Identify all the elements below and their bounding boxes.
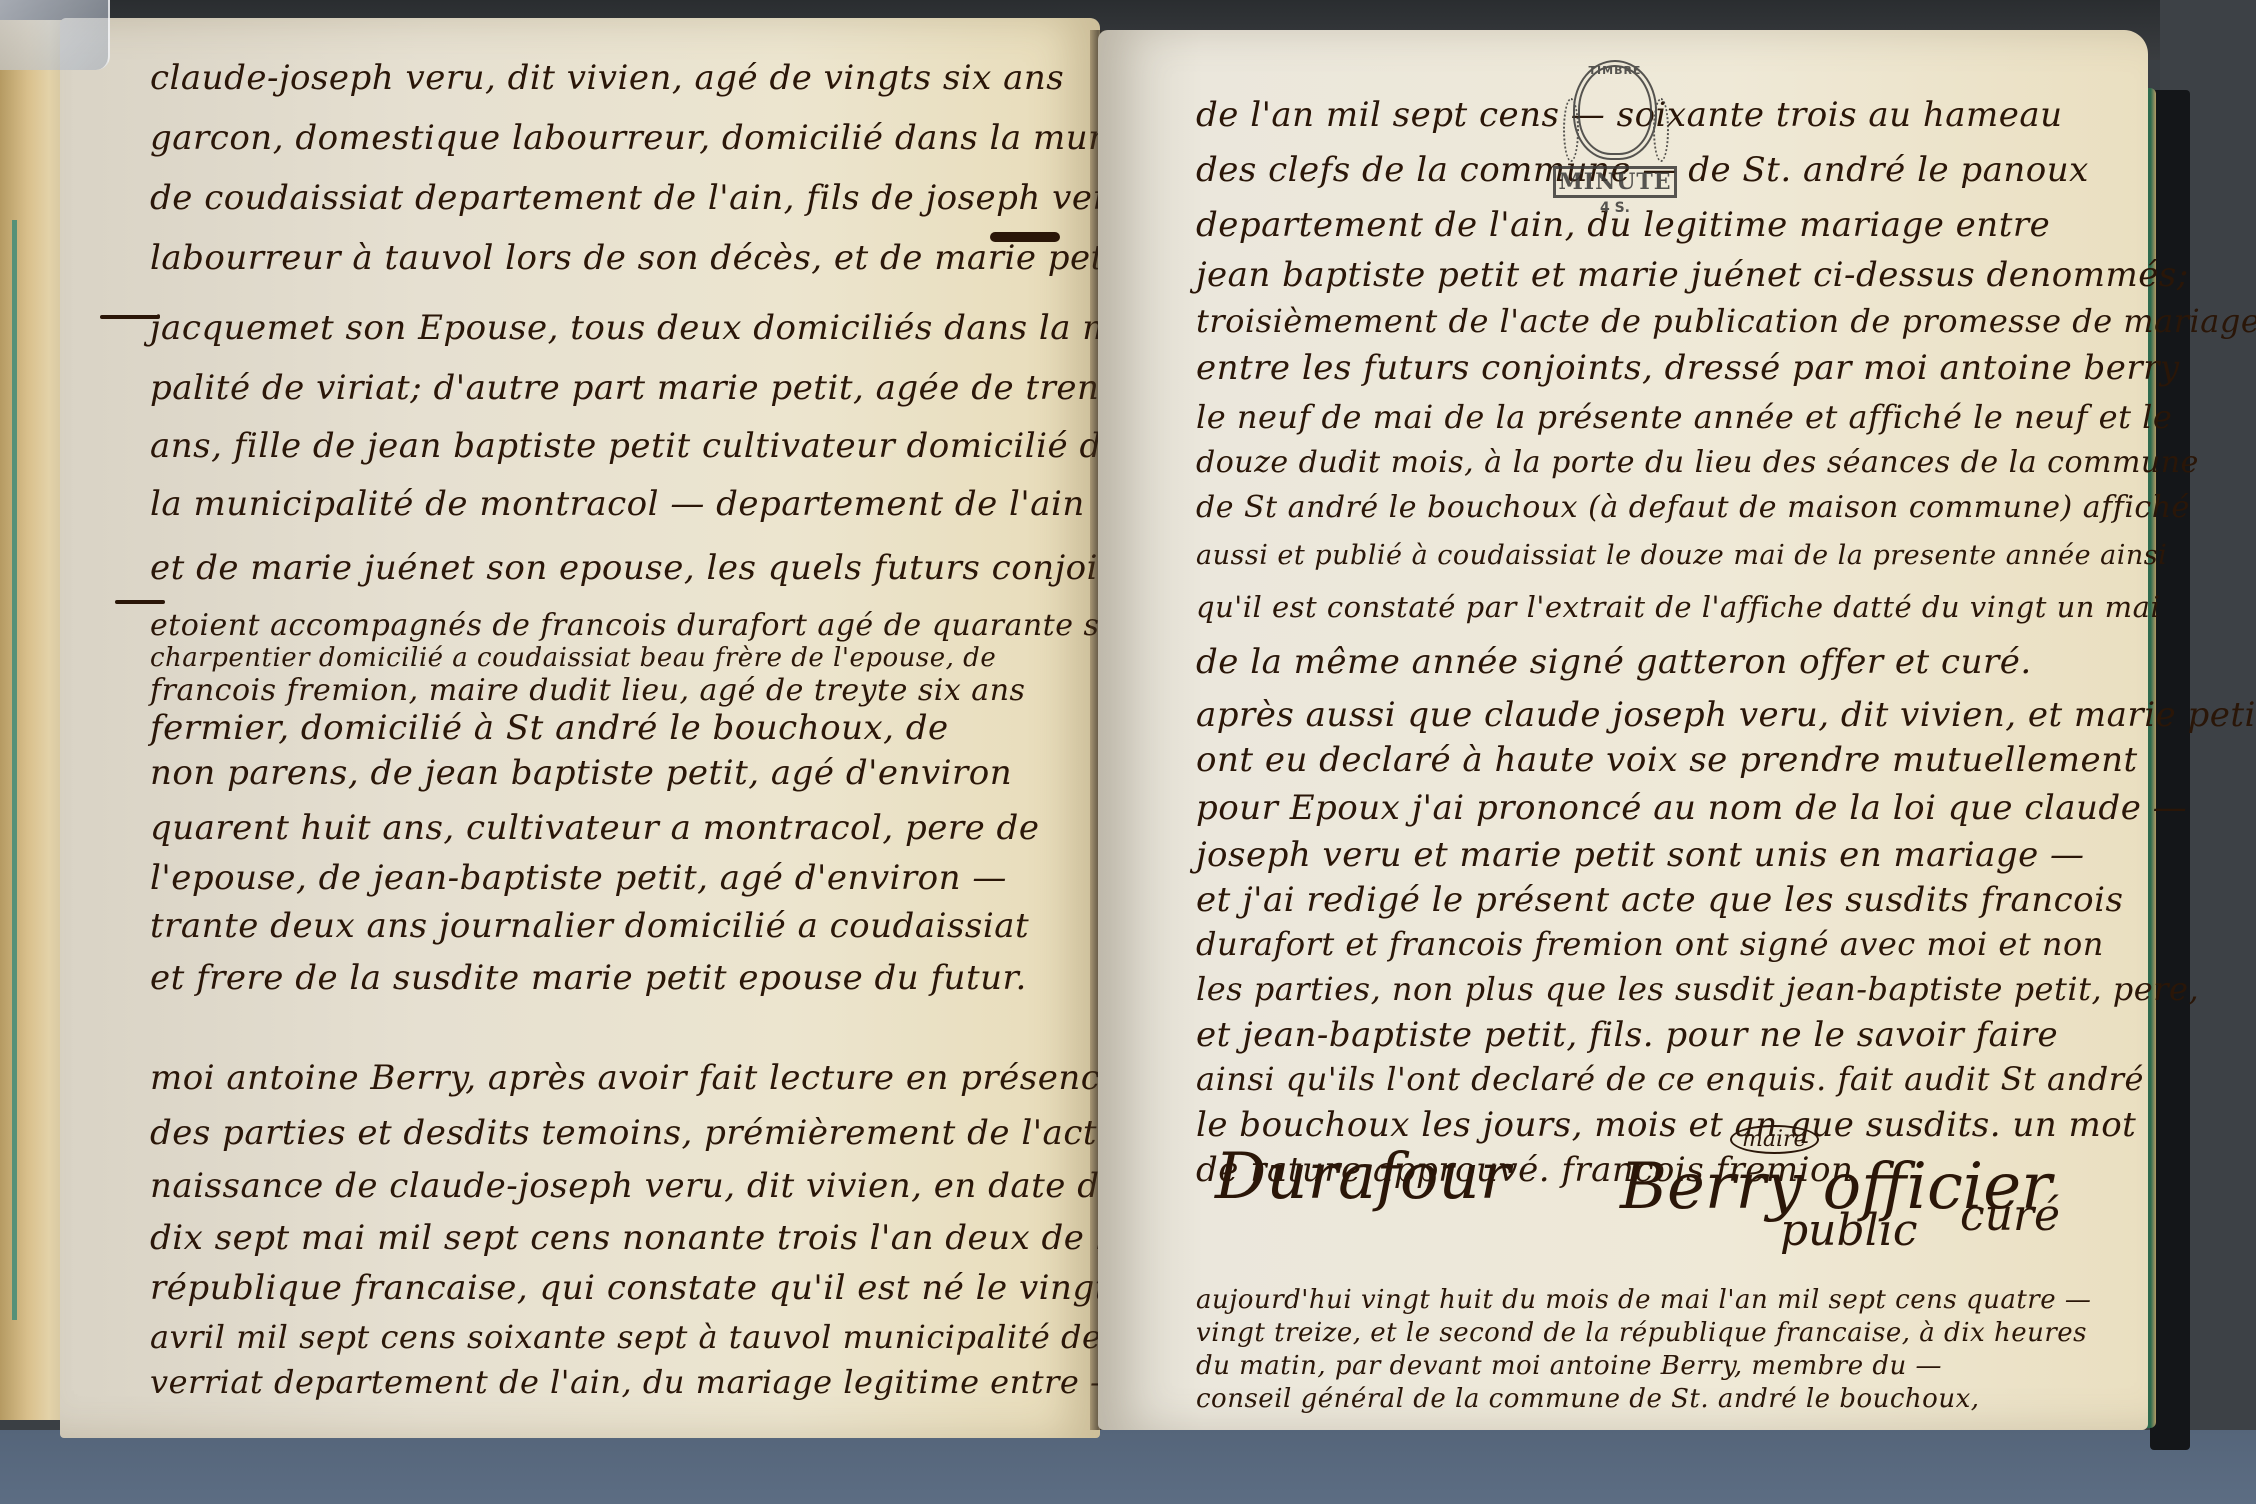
strikethrough-mark [990, 232, 1060, 242]
text-line: jean baptiste petit et marie juénet ci-d… [1196, 255, 2189, 295]
text-line: vingt treize, et le second de la républi… [1196, 1318, 2087, 1348]
margin-dash [115, 600, 165, 604]
text-line: le neuf de mai de la présente année et a… [1196, 398, 2172, 436]
left-page-lower-text: verriat departement de l'ain, du mariage… [60, 18, 1100, 1438]
text-line: conseil général de la commune de St. and… [1196, 1384, 1980, 1414]
text-line: durafort et francois fremion ont signé a… [1196, 925, 2104, 963]
stamp-minute-label: MINUTE [1553, 166, 1677, 198]
text-line: ainsi qu'ils l'ont declaré de ce enquis.… [1196, 1060, 2144, 1098]
stamp-top-text: TIMBRE [1575, 64, 1655, 77]
text-line: pour Epoux j'ai prononcé au nom de la lo… [1196, 788, 2187, 828]
text-line: entre les futurs conjoints, dressé par m… [1196, 348, 2180, 388]
text-line: douze dudit mois, à la porte du lieu des… [1196, 445, 2199, 480]
minute-tax-stamp: TIMBRE MINUTE 4 S. [1545, 58, 1685, 218]
stamp-value: 4 S. [1585, 200, 1645, 216]
text-line: de la même année signé gatteron offer et… [1196, 642, 2032, 682]
text-line: et jean-baptiste petit, fils. pour ne le… [1196, 1015, 2058, 1055]
text-line: qu'il est constaté par l'extrait de l'af… [1196, 590, 2160, 624]
margin-dash [100, 315, 160, 319]
laurel-icon [1563, 98, 1579, 162]
green-stripe [12, 220, 17, 1320]
text-line: verriat departement de l'ain, du mariage… [150, 1363, 1122, 1401]
signature-cure: curé [1960, 1190, 2060, 1241]
text-line: joseph veru et marie petit sont unis en … [1196, 835, 2085, 875]
blue-cloth-background [0, 1430, 2256, 1504]
text-line: aussi et publié à coudaissiat le douze m… [1196, 540, 2167, 571]
signature-public: public [1780, 1205, 1917, 1256]
text-line: troisièmement de l'acte de publication d… [1196, 302, 2256, 340]
plastic-clip [0, 0, 110, 70]
photo-scene: claude-joseph veru, dit vivien, agé de v… [0, 0, 2256, 1504]
text-line: les parties, non plus que les susdit jea… [1196, 970, 2199, 1008]
text-line: ont eu declaré à haute voix se prendre m… [1196, 740, 2138, 780]
laurel-icon [1653, 98, 1669, 162]
text-line: et j'ai redigé le présent acte que les s… [1196, 880, 2123, 920]
text-line: du matin, par devant moi antoine Berry, … [1196, 1351, 1942, 1381]
text-line: après aussi que claude joseph veru, dit … [1196, 695, 2256, 735]
text-line: de St andré le bouchoux (à defaut de mai… [1196, 490, 2190, 525]
signature-durafour: Durafour [1215, 1140, 1510, 1214]
text-line: aujourd'hui vingt huit du mois de mai l'… [1196, 1285, 2091, 1315]
text-line: le bouchoux les jours, mois et an que su… [1196, 1105, 2136, 1145]
